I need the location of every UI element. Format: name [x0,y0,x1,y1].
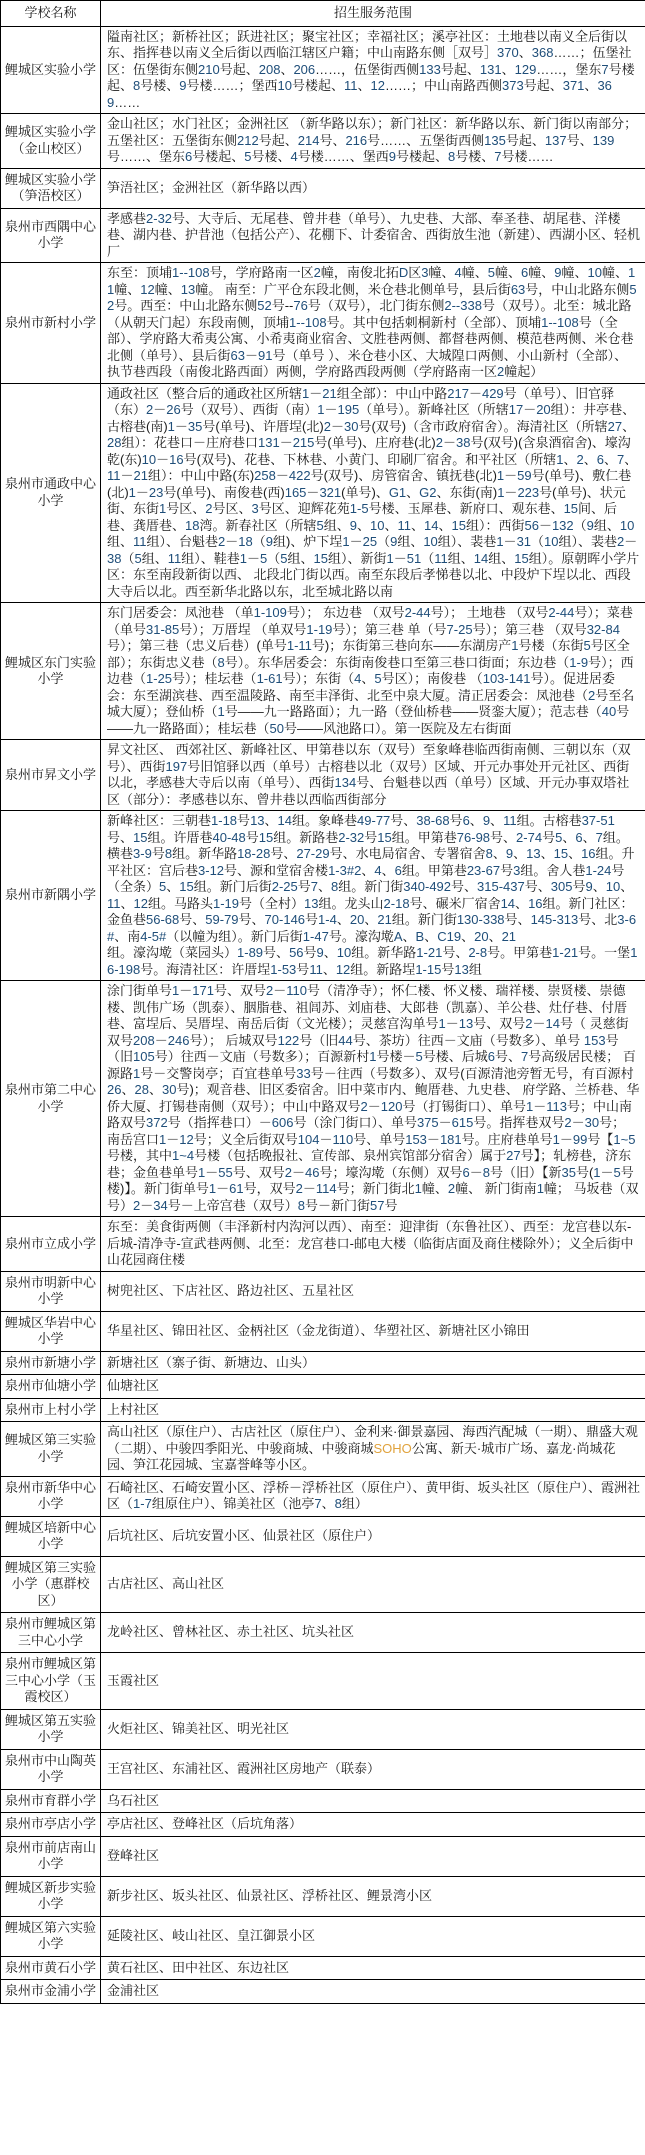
service-range-cell: 树兜社区、下店社区、路边社区、五星社区 [101,1271,645,1311]
school-name-cell: 泉州市金浦小学 [1,1980,101,2004]
number-text: 31-85 [146,622,179,637]
number-text: 15 [377,830,391,845]
number-text: 51 [407,551,421,566]
number-text: 1-47 [303,929,329,944]
number-text: 30 [344,419,358,434]
number-text: A [394,929,403,944]
number-text: 1-53 [270,962,296,977]
number-text: 422 [289,468,311,483]
table-row: 泉州市西隅中心小学孝感巷2-32号、大寺后、无尾巷、曾井巷（单号）、九史巷、大部… [1,208,645,263]
number-text: 129 [515,62,537,77]
number-text: 139 [593,133,615,148]
number-text: 10 [544,534,558,549]
number-text: 16 [581,846,595,861]
number-text: 2-25 [272,879,298,894]
number-text: 13 [181,282,195,297]
number-text: 16 [169,452,183,467]
number-text: 63 [511,282,525,297]
number-text: 10 [278,78,292,93]
number-text: 9 [350,518,357,533]
number-text: 9 [585,879,592,894]
number-text: 134 [335,775,357,790]
school-name-cell: 泉州市仙塘小学 [1,1375,101,1399]
number-text: 305 [551,879,573,894]
number-text: 35 [188,419,202,434]
number-text: 2-74 [516,830,542,845]
number-text: 2 [205,501,212,516]
number-text: 6 [521,265,528,280]
number-text: 1-25 [146,671,172,686]
service-range-cell: 王宫社区、东浦社区、霞洲社区房地产（联泰） [101,1749,645,1789]
number-text: 8 [165,846,172,861]
number-text: 20 [536,402,550,417]
number-text: 214 [298,133,320,148]
service-range-cell: 古店社区、高山社区 [101,1556,645,1613]
number-text: 216 [345,133,367,148]
number-text: 2 [361,1099,368,1114]
header-row: 学校名称 招生服务范围 [1,1,645,27]
number-text: 103-141 [483,671,531,686]
number-text: 1 [537,1181,544,1196]
school-name-cell: 泉州市前店南山小学 [1,1836,101,1876]
service-range-cell: 新峰社区：三朝巷1-18号13、14组。象峰巷49-77号、38-68号6、9、… [101,811,645,981]
number-text: 2-44 [405,605,431,620]
number-text: 59 [517,468,531,483]
number-text: 104 [298,1132,320,1147]
number-text: 1-15 [415,962,441,977]
number-text: 15 [133,830,147,845]
number-text: 2 [588,688,595,703]
number-text: 15 [554,846,568,861]
number-text: 38-68 [416,813,449,828]
number-text: 46 [305,1165,319,1180]
number-text: 12 [336,962,350,977]
number-text: 212 [237,133,259,148]
number-text: 38 [107,551,121,566]
number-text: 28 [134,1082,148,1097]
number-text: 137 [545,133,567,148]
number-text: 15 [514,551,528,566]
number-text: 1 [159,501,166,516]
number-text: 37-51 [582,813,615,828]
number-text: 1 [556,452,563,467]
table-row: 鲤城区实验小学隘南社区；新桥社区；跃进社区；聚宝社区；幸福社区；溪亭社区：土地巷… [1,26,645,114]
number-text: 1 [342,534,349,549]
service-range-cell: 黄石社区、田中社区、东边社区 [101,1956,645,1980]
service-range-cell: 乌石社区 [101,1789,645,1813]
header-service-range: 招生服务范围 [101,1,645,27]
number-text: 10 [142,452,156,467]
number-text: 21 [134,468,148,483]
number-text: 2 [285,1165,292,1180]
number-text: 131 [258,435,280,450]
number-text: 210 [198,62,220,77]
number-text: 5 [317,518,324,533]
service-range-cell: 昇文社区、 西郊社区、新峰社区、甲第巷以东（双号）至象峰巷临西街南侧、三朝以东（… [101,740,645,811]
number-text: 5 [134,551,141,566]
service-range-cell: 通政社区（整合后的通政社区所辖1－21组全部）：中山中路217－429号（单号）… [101,383,645,603]
table-row: 鲤城区实验小学（金山校区）金山社区；水门社区；金洲社区 （新华路以东）；新门社区… [1,114,645,169]
number-text: 70-146 [265,912,305,927]
number-text: 59-79 [205,912,238,927]
number-text: 15 [564,501,578,516]
number-text: 246 [168,1033,190,1048]
number-text: 5 [555,830,562,845]
school-name-cell: 泉州市中山陶英小学 [1,1749,101,1789]
number-text: 153 [405,1132,427,1147]
number-text: 6 [488,1049,495,1064]
service-range-cell: 上村社区 [101,1398,645,1422]
number-text: 17 [509,402,523,417]
table-row: 泉州市鲤城区第三中心小学龙岭社区、曾林社区、赤土社区、坑头社区 [1,1613,645,1653]
service-range-cell: 东至：美食街两侧（丰泽新村内沟河以西）、南至：迎津街（东鲁社区）、西至：龙宫巷以… [101,1217,645,1272]
number-text: 3 [252,501,259,516]
number-text: 145-313 [531,912,579,927]
number-text: 4 [291,149,298,164]
number-text: 2 [497,364,504,379]
school-name-cell: 泉州市昇文小学 [1,740,101,811]
number-text: 1-21 [552,945,578,960]
header-school-name: 学校名称 [1,1,101,27]
number-text: 1--108 [172,265,210,280]
number-text: 368 [532,45,554,60]
number-text: 1-24 [585,863,611,878]
number-text: 208 [133,1033,155,1048]
number-text: 9 [587,518,594,533]
service-range-cell: 登峰社区 [101,1836,645,1876]
school-name-cell: 泉州市西隅中心小学 [1,208,101,263]
number-text: 21 [502,929,516,944]
number-text: 13 [250,813,264,828]
number-text: 4 [374,863,381,878]
table-row: 泉州市新华中心小学石崎社区、石崎安置小区、浮桥－浮桥社区（原住户）、黄甲街、坂头… [1,1476,645,1516]
number-text: 606 [272,1115,294,1130]
number-text: 208 [259,62,281,77]
number-text: 13 [454,962,468,977]
number-text: 1 [497,468,504,483]
table-row: 泉州市中山陶英小学王宫社区、东浦社区、霞洲社区房地产（联泰） [1,1749,645,1789]
number-text: 14 [546,1016,560,1031]
number-text: 114 [316,1181,337,1196]
number-text: 1 [218,704,225,719]
number-text: 13 [526,846,540,861]
number-text: 3 [421,265,428,280]
table-row: 泉州市上村小学上村社区 [1,1398,645,1422]
number-text: 33 [296,1066,310,1081]
number-text: 10 [423,534,437,549]
number-text: 38 [456,435,470,450]
table-row: 泉州市昇文小学昇文社区、 西郊社区、新峰社区、甲第巷以东（双号）至象峰巷临西街南… [1,740,645,811]
number-text: 1~4 [172,1148,194,1163]
number-text: 2 [314,265,321,280]
number-text: 99 [573,1132,587,1147]
number-text: 110 [286,983,307,998]
number-text: 195 [338,402,360,417]
table-row: 鲤城区华岩中心小学华星社区、锦田社区、金柄社区（金龙街道）、华塑社区、新塘社区小… [1,1311,645,1351]
number-text: 1 [240,551,247,566]
number-text: 2 [266,983,273,998]
table-row: 泉州市第二中心小学涂门街单号1－171号、双号2－110号（清净寺）；怀仁楼、怀… [1,981,645,1217]
number-text: 130-338 [457,912,505,927]
number-text: 30 [585,1115,599,1130]
number-text: 2 [133,1198,140,1213]
number-text: 40-48 [213,830,246,845]
number-text: 2-32 [146,211,172,226]
school-name-cell: 泉州市亭店小学 [1,1813,101,1837]
number-text: 1 [386,551,393,566]
number-text: 1 [209,1181,216,1196]
number-text: 18 [185,518,199,533]
school-name-cell: 泉州市明新中心小学 [1,1271,101,1311]
number-text: 2 [296,1181,303,1196]
number-text: 2-18 [384,896,410,911]
number-text: 2 [617,534,624,549]
number-text: 1-4 [318,912,337,927]
number-text: 27 [506,1148,520,1163]
school-name-cell: 鲤城区实验小学（笋浯校区） [1,168,101,208]
number-text: 14 [474,551,488,566]
school-name-cell: 泉州市鲤城区第三中心小学 [1,1613,101,1653]
table-row: 鲤城区第六实验小学延陵社区、岐山社区、皇江御景小区 [1,1916,645,1956]
number-text: 11 [344,78,358,93]
number-text: 6 [597,452,604,467]
service-range-cell: 涂门街单号1－171号、双号2－110号（清净寺）；怀仁楼、怀义楼、瑞祥楼、崇贤… [101,981,645,1217]
number-text: 13 [304,896,318,911]
number-text: 1 [317,402,324,417]
number-text: 8 [133,78,140,93]
service-range-cell: 华星社区、锦田社区、金柄社区（金龙街道）、华塑社区、新塘社区小锦田 [101,1311,645,1351]
number-text: 11 [309,962,323,977]
school-name-cell: 鲤城区东门实验小学 [1,603,101,740]
table-row: 泉州市明新中心小学树兜社区、下店社区、路边社区、五星社区 [1,1271,645,1311]
school-name-cell: 鲤城区新步实验小学 [1,1876,101,1916]
number-text: 2-44 [548,605,574,620]
service-range-cell: 石崎社区、石崎安置小区、浮桥－浮桥社区（原住户）、黄甲街、坂头社区（原住户）、霞… [101,1476,645,1516]
number-text: 373 [502,78,524,93]
number-text: 11 [107,896,121,911]
service-range-cell: 金浦社区 [101,1980,645,2004]
number-text: 14 [278,813,292,828]
number-text: 1 [133,1066,140,1081]
number-text: 315-437 [477,879,525,894]
number-text: 40 [602,704,616,719]
table-row: 鲤城区第三实验小学高山社区（原住户）、古店社区（原住户）、金利来·御景嘉园、海西… [1,1422,645,1477]
service-range-cell: 金山社区；水门社区；金洲社区 （新华路以东）；新门社区：新华路以东、新门街以南部… [101,114,645,169]
school-name-cell: 泉州市育群小学 [1,1789,101,1813]
number-text: 9 [317,945,324,960]
service-range-cell: 隘南社区；新桥社区；跃进社区；聚宝社区；幸福社区；溪亭社区：土地巷以南义全后街以… [101,26,645,114]
number-text: 131 [480,62,502,77]
number-text: 8 [335,1496,342,1511]
admission-table: 学校名称 招生服务范围 鲤城区实验小学隘南社区；新桥社区；跃进社区；聚宝社区；幸… [0,0,645,2004]
number-text: 9 [483,813,490,828]
number-text: 6 [395,863,402,878]
number-text: 6 [185,149,192,164]
number-text: 55 [218,1165,232,1180]
number-text: 1-109 [254,605,287,620]
number-text: 1 [159,1132,166,1147]
number-text: 11 [434,551,448,566]
number-text: 7 [521,1049,528,1064]
number-text: 12 [140,282,154,297]
number-text: 258 [254,468,276,483]
number-text: 8 [483,1165,490,1180]
number-text: 1 [168,419,175,434]
number-text: 9 [554,265,561,280]
service-range-cell: 火炬社区、锦美社区、明光社区 [101,1709,645,1749]
school-name-cell: 鲤城区实验小学 [1,26,101,114]
number-text: 7 [601,62,608,77]
service-range-cell: 新步社区、坂头社区、仙景社区、浮桥社区、鲤景湾小区 [101,1876,645,1916]
service-range-cell: 新塘社区（寨子街、新塘边、山头） [101,1351,645,1375]
number-text: 27 [608,419,622,434]
service-range-cell: 东门居委会：凤池巷 （单1-109号）； 东边巷 （双号2-44号）； 土地巷 … [101,603,645,740]
number-text: 370 [497,45,519,60]
number-text: 10 [370,518,384,533]
number-text: 76 [293,298,307,313]
number-text: 1 [497,485,504,500]
table-row: 泉州市立成小学东至：美食街两侧（丰泽新村内沟河以西）、南至：迎津街（东鲁社区）、… [1,1217,645,1272]
number-text: 110 [332,1132,353,1147]
school-name-cell: 泉州市新塘小学 [1,1351,101,1375]
number-text: 1--108 [289,315,327,330]
number-text: 1 [593,1165,600,1180]
number-text: 2--338 [444,298,482,313]
number-text: 1 [302,386,309,401]
number-text: 23-67 [467,863,500,878]
table-row: 鲤城区第五实验小学火炬社区、锦美社区、明光社区 [1,1709,645,1749]
number-text: 13 [459,1016,473,1031]
table-row: 泉州市前店南山小学登峰社区 [1,1836,645,1876]
number-text: 7 [314,1496,321,1511]
number-text: 113 [546,1099,567,1114]
number-text: G2 [419,485,436,500]
number-text: 15 [314,551,328,566]
number-text: 2 [324,419,331,434]
number-text: 197 [166,759,188,774]
number-text: 26 [107,1082,121,1097]
number-text: 18-28 [237,846,270,861]
school-name-cell: 鲤城区第五实验小学 [1,1709,101,1749]
number-text: 2 [146,402,153,417]
number-text: 5 [488,265,495,280]
table-row: 泉州市仙塘小学仙塘社区 [1,1375,645,1399]
number-text: 132 [552,518,574,533]
table-row: 泉州市亭店小学亭店社区、登峰社区（后坑角落） [1,1813,645,1837]
school-name-cell: 泉州市新隅小学 [1,811,101,981]
number-text: 11 [168,551,182,566]
service-range-cell: 后坑社区、后坑安置小区、仙景社区（原住户） [101,1516,645,1556]
number-text: 206 [293,62,315,77]
number-text: 20 [350,912,364,927]
number-text: 16 [528,896,542,911]
number-text: G1 [389,485,406,500]
number-text: 30 [162,1082,176,1097]
number-text: 5 [614,1165,621,1180]
number-text: 122 [278,1033,300,1048]
number-text: 15 [259,830,273,845]
number-text: 20 [474,929,488,944]
number-text: 5 [244,149,251,164]
number-text: 26 [166,402,180,417]
school-name-cell: 泉州市通政中心小学 [1,383,101,603]
number-text: 1-9 [569,655,588,670]
number-text: 371 [563,78,585,93]
number-text: 49-77 [357,813,390,828]
number-text: 181 [440,1132,462,1147]
number-text: 12 [134,896,148,911]
school-name-cell: 泉州市第二中心小学 [1,981,101,1217]
number-text: 1 [415,1181,422,1196]
number-text: 5 [260,551,267,566]
number-text: 4 [455,265,462,280]
table-row: 鲤城区新步实验小学新步社区、坂头社区、仙景社区、浮桥社区、鲤景湾小区 [1,1876,645,1916]
number-text: 1 [526,1099,533,1114]
number-text: 57 [370,1198,384,1213]
number-text: 1-61 [257,671,283,686]
number-text: 3 [513,863,520,878]
service-range-cell: 孝感巷2-32号、大寺后、无尾巷、曾井巷（单号）、九史巷、大部、奉圣巷、胡尾巷、… [101,208,645,263]
number-text: 21 [377,912,391,927]
service-range-cell: 东至：顶埔1--108号，学府路南一区2幢，南俊北拓D区3幢、4幢、5幢、6幢、… [101,263,645,384]
number-text: 4 [354,671,361,686]
table-row: 泉州市新塘小学新塘社区（寨子街、新塘边、山头） [1,1351,645,1375]
school-name-cell: 鲤城区实验小学（金山校区） [1,114,101,169]
table-row: 泉州市黄石小学黄石社区、田中社区、东边社区 [1,1956,645,1980]
number-text: 372 [146,1115,168,1130]
school-name-cell: 泉州市立成小学 [1,1217,101,1272]
number-text: 2-8 [468,945,487,960]
number-text: 34 [153,1198,167,1213]
number-text: 1-19 [213,896,239,911]
table-row: 鲤城区东门实验小学东门居委会：凤池巷 （单1-109号）； 东边巷 （双号2-4… [1,603,645,740]
number-text: 217 [447,386,469,401]
school-name-cell: 鲤城区培新中心小学 [1,1516,101,1556]
number-text: 44 [338,1033,352,1048]
number-text: 12 [371,78,385,93]
number-text: 1 [198,1165,205,1180]
number-text: 10 [588,265,602,280]
number-text: 1 [129,485,136,500]
number-text: 52 [257,298,271,313]
number-text: 1--108 [541,315,579,330]
number-text: 3-9 [133,846,152,861]
number-text: 7-25 [447,622,473,637]
number-text: 8 [486,846,493,861]
number-text: 2 [564,1115,571,1130]
number-text: 1 [439,1016,446,1031]
number-text: C19 [437,929,461,944]
number-text: 5 [415,1049,422,1064]
number-text: 76-98 [457,830,490,845]
number-text: 5 [584,638,591,653]
number-text: 135 [484,133,506,148]
number-text: 2 [448,1181,455,1196]
number-text: 153 [584,1033,606,1048]
number-text: 1~5 [613,1132,635,1147]
number-text: 14 [501,896,515,911]
number-text: 18 [238,534,252,549]
number-text: 28 [107,435,121,450]
number-text: 1 [511,638,518,653]
number-text: 120 [381,1099,403,1114]
number-text: 2 [218,534,225,549]
number-text: 11 [107,468,121,483]
number-text: 23 [149,485,163,500]
number-text: 1 [553,1132,560,1147]
school-name-cell: 泉州市新华中心小学 [1,1476,101,1516]
number-text: 5 [280,551,287,566]
